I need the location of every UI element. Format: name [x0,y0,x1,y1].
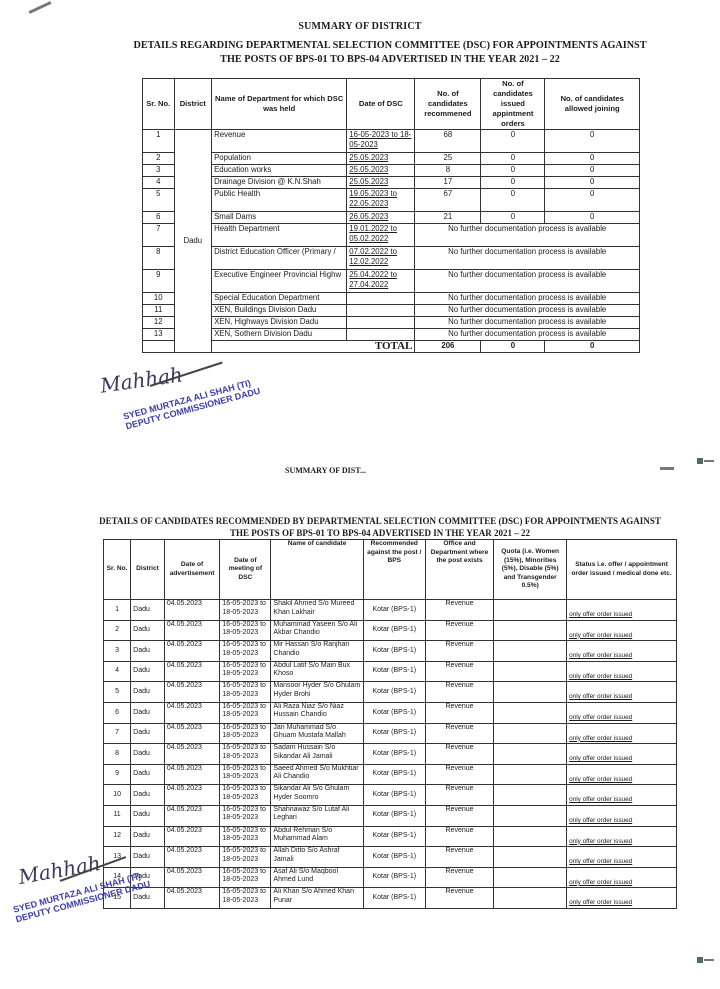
second-page-title: SUMMARY OF DIST... [285,466,366,475]
recommended-cell: 8 [415,165,481,177]
table-row: 15Dadu04.05.202316-05-2023 to 18-05-2023… [104,888,677,909]
quota-cell [494,723,567,744]
status-cell: only offer order issued [567,702,677,723]
office-cell: Revenue [425,723,493,744]
status-cell: only offer order issued [567,723,677,744]
advertisement-date-cell: 04.05.2023 [164,764,219,785]
table-row: 7Dadu04.05.202316-05-2023 to 18-05-2023J… [104,723,677,744]
candidate-name-cell: Mansoor Hyder S/o Ghulam Hyder Brohi [271,682,363,703]
table-row: 3Dadu04.05.202316-05-2023 to 18-05-2023M… [104,641,677,662]
department-cell: Executive Engineer Provincial Highw [212,270,347,293]
post-cell: Kotar (BPS-1) [363,764,425,785]
scan-mark [704,460,714,462]
status-cell: only offer order issued [567,661,677,682]
sr-no-cell: 4 [143,177,175,189]
sr-no-cell: 11 [104,805,131,826]
candidates-table: Sr. No. District Date of advertisement D… [103,539,677,909]
district-cell: Dadu [131,620,165,641]
scan-mark [28,1,51,14]
recommended-cell: 68 [415,130,481,153]
quota-cell [494,847,567,868]
dsc-date-cell: 16-05-2023 to 18-05-2023 [220,744,271,765]
total-row: TOTAL20600 [143,341,640,353]
dsc-date-cell: 16-05-2023 to 18-05-2023 [220,723,271,744]
table-row: 11XEN, Buildings Division DaduNo further… [143,305,640,317]
advertisement-date-cell: 04.05.2023 [164,600,219,621]
col-header: District [174,79,212,130]
department-cell: Small Dams [212,212,347,224]
joining-cell: 0 [545,212,640,224]
office-cell: Revenue [425,805,493,826]
status-cell: only offer order issued [567,785,677,806]
post-cell: Kotar (BPS-1) [363,888,425,909]
candidate-name-cell: Ali Khan S/o Ahmed Khan Punar [271,888,363,909]
summary-table: Sr. No. District Name of Department for … [142,78,640,353]
post-cell: Kotar (BPS-1) [363,641,425,662]
issued-cell: 0 [481,177,545,189]
sr-no-cell: 6 [143,212,175,224]
sr-no-cell: 3 [143,165,175,177]
district-cell: Dadu [131,764,165,785]
office-cell: Revenue [425,764,493,785]
dsc-date-cell: 16-05-2023 to 18-05-2023 [220,620,271,641]
page-title: SUMMARY OF DISTRICT [0,21,720,32]
date-cell: 19.01.2022 to 05.02.2022 [347,224,415,247]
office-cell: Revenue [425,661,493,682]
table-row: 5Dadu04.05.202316-05-2023 to 18-05-2023M… [104,682,677,703]
department-cell: Health Department [212,224,347,247]
quota-cell [494,600,567,621]
status-note-cell: No further documentation process is avai… [415,293,640,305]
post-cell: Kotar (BPS-1) [363,723,425,744]
stamp-icon [697,957,703,963]
status-note-cell: No further documentation process is avai… [415,317,640,329]
candidate-name-cell: Allah Ditto S/o Ashraf Jamali [271,847,363,868]
table-row: 9Executive Engineer Provincial Highw25.0… [143,270,640,293]
post-cell: Kotar (BPS-1) [363,661,425,682]
candidate-name-cell: Abdul Rehman S/o Muhammad Alam [271,826,363,847]
sr-no-cell: 8 [143,247,175,270]
sr-no-cell: 10 [104,785,131,806]
table-row: 4Drainage Division @ K.N.Shah25.05.20231… [143,177,640,189]
office-cell: Revenue [425,682,493,703]
dsc-date-cell: 16-05-2023 to 18-05-2023 [220,641,271,662]
district-cell: Dadu [131,847,165,868]
quota-cell [494,826,567,847]
table-row: 2Dadu04.05.202316-05-2023 to 18-05-2023M… [104,620,677,641]
advertisement-date-cell: 04.05.2023 [164,785,219,806]
sr-no-cell: 5 [143,189,175,212]
table-row: 6Dadu04.05.202316-05-2023 to 18-05-2023A… [104,702,677,723]
department-cell: Public Health [212,189,347,212]
advertisement-date-cell: 04.05.2023 [164,805,219,826]
scan-mark [704,959,714,961]
post-cell: Kotar (BPS-1) [363,744,425,765]
recommended-cell: 25 [415,153,481,165]
total-label: TOTAL [212,341,415,353]
department-cell: Population [212,153,347,165]
date-cell: 26.05.2023 [347,212,415,224]
issued-cell: 0 [481,130,545,153]
dsc-date-cell: 16-05-2023 to 18-05-2023 [220,888,271,909]
post-cell: Kotar (BPS-1) [363,600,425,621]
date-cell [347,293,415,305]
post-cell: Kotar (BPS-1) [363,785,425,806]
status-note-cell: No further documentation process is avai… [415,270,640,293]
date-cell [347,317,415,329]
candidate-name-cell: Asaf Ali S/o Maqbool Ahmed Lund [271,867,363,888]
department-cell: District Education Officer (Primary / [212,247,347,270]
sr-no-cell: 1 [143,130,175,153]
recommended-cell: 21 [415,212,481,224]
status-note-cell: No further documentation process is avai… [415,329,640,341]
advertisement-date-cell: 04.05.2023 [164,682,219,703]
candidate-name-cell: Sadam Hussain S/o Sikandar Ali Jamali [271,744,363,765]
table-row: 10Special Education DepartmentNo further… [143,293,640,305]
col-header: Quota (i.e. Women (15%), Minorities (5%)… [494,540,567,600]
joining-cell: 0 [545,165,640,177]
table-row: 2Population25.05.20232500 [143,153,640,165]
dsc-date-cell: 16-05-2023 to 18-05-2023 [220,847,271,868]
post-cell: Kotar (BPS-1) [363,805,425,826]
col-header: Date of advertisement [164,540,219,600]
quota-cell [494,764,567,785]
district-cell: Dadu [131,805,165,826]
office-cell: Revenue [425,620,493,641]
advertisement-date-cell: 04.05.2023 [164,723,219,744]
recommended-cell: 17 [415,177,481,189]
stamp-icon [697,458,703,464]
candidate-name-cell: Ali Raza Niaz S/o Niaz Hussain Chandio [271,702,363,723]
table-row: 9Dadu04.05.202316-05-2023 to 18-05-2023S… [104,764,677,785]
district-cell: Dadu [131,785,165,806]
date-cell: 25.05.2023 [347,177,415,189]
advertisement-date-cell: 04.05.2023 [164,888,219,909]
candidates-heading: DETAILS OF CANDIDATES RECOMMENDED BY DEP… [95,515,665,539]
quota-cell [494,744,567,765]
table-row: 4Dadu04.05.202316-05-2023 to 18-05-2023A… [104,661,677,682]
advertisement-date-cell: 04.05.2023 [164,702,219,723]
sr-no-cell: 7 [143,224,175,247]
col-header: Status i.e. offer / appointment order is… [567,540,677,600]
table-row: 14Dadu04.05.202316-05-2023 to 18-05-2023… [104,867,677,888]
table-row: 8District Education Officer (Primary /07… [143,247,640,270]
col-header: Office and Department where the post exi… [425,540,493,600]
sr-no-cell: 4 [104,661,131,682]
sr-no-cell: 12 [104,826,131,847]
office-cell: Revenue [425,888,493,909]
status-cell: only offer order issued [567,620,677,641]
joining-cell: 0 [545,130,640,153]
office-cell: Revenue [425,867,493,888]
quota-cell [494,661,567,682]
advertisement-date-cell: 04.05.2023 [164,661,219,682]
col-header: Name of candidate [271,540,363,600]
office-cell: Revenue [425,785,493,806]
office-cell: Revenue [425,641,493,662]
scan-mark [660,467,674,470]
table-row: 13XEN, Sothern Division DaduNo further d… [143,329,640,341]
post-cell: Kotar (BPS-1) [363,682,425,703]
col-header: Sr. No. [143,79,175,130]
department-cell: XEN, Sothern Division Dadu [212,329,347,341]
col-header: District [131,540,165,600]
table-row: 13Dadu04.05.202316-05-2023 to 18-05-2023… [104,847,677,868]
sr-no-cell: 1 [104,600,131,621]
dsc-date-cell: 16-05-2023 to 18-05-2023 [220,764,271,785]
dsc-date-cell: 16-05-2023 to 18-05-2023 [220,702,271,723]
candidate-name-cell: Jan Muhammad S/o Ghuam Mustafa Mallah [271,723,363,744]
quota-cell [494,682,567,703]
post-cell: Kotar (BPS-1) [363,847,425,868]
issued-cell: 0 [481,153,545,165]
status-cell: only offer order issued [567,600,677,621]
col-header: No. of candidates issued appintment orde… [481,79,545,130]
status-cell: only offer order issued [567,867,677,888]
sr-no-cell: 8 [104,744,131,765]
office-cell: Revenue [425,702,493,723]
status-cell: only offer order issued [567,744,677,765]
status-cell: only offer order issued [567,682,677,703]
status-cell: only offer order issued [567,641,677,662]
table-row: 6Small Dams26.05.20232100 [143,212,640,224]
post-cell: Kotar (BPS-1) [363,867,425,888]
status-cell: only offer order issued [567,888,677,909]
sr-no-cell: 2 [104,620,131,641]
sr-no-cell: 12 [143,317,175,329]
col-header: No. of candidates allowed joining [545,79,640,130]
table-row: 3Education works25.05.2023800 [143,165,640,177]
dsc-date-cell: 16-05-2023 to 18-05-2023 [220,600,271,621]
district-cell: Dadu [131,641,165,662]
sr-no-cell: 11 [143,305,175,317]
advertisement-date-cell: 04.05.2023 [164,867,219,888]
district-cell: Dadu [131,826,165,847]
table-row: 12XEN, Highways Division DaduNo further … [143,317,640,329]
district-cell: Dadu [131,702,165,723]
office-cell: Revenue [425,600,493,621]
department-cell: Special Education Department [212,293,347,305]
joining-cell: 0 [545,153,640,165]
table-row: 5Public Health19.05.2023 to 22.05.202367… [143,189,640,212]
quota-cell [494,785,567,806]
district-cell: Dadu [131,744,165,765]
col-header: Date of meeting of DSC [220,540,271,600]
table-row: 1Dadu04.05.202316-05-2023 to 18-05-2023S… [104,600,677,621]
department-cell: Revenue [212,130,347,153]
district-cell: Dadu [174,130,212,353]
status-cell: only offer order issued [567,826,677,847]
district-cell: Dadu [131,600,165,621]
date-cell: 25.05.2023 [347,153,415,165]
date-cell [347,305,415,317]
table-row: 8Dadu04.05.202316-05-2023 to 18-05-2023S… [104,744,677,765]
quota-cell [494,805,567,826]
issued-cell: 0 [481,212,545,224]
department-cell: Drainage Division @ K.N.Shah [212,177,347,189]
dsc-date-cell: 16-05-2023 to 18-05-2023 [220,805,271,826]
date-cell: 25.05.2023 [347,165,415,177]
signature-scribble: Mahhah [99,362,185,397]
post-cell: Kotar (BPS-1) [363,620,425,641]
dsc-date-cell: 16-05-2023 to 18-05-2023 [220,826,271,847]
col-header: No. of candidates recommened [415,79,481,130]
office-cell: Revenue [425,826,493,847]
quota-cell [494,888,567,909]
district-cell: Dadu [131,723,165,744]
total-joining: 0 [545,341,640,353]
col-header: Name of Department for which DSC was hel… [212,79,347,130]
candidate-name-cell: Abdul Latif S/o Main Bux Khoso [271,661,363,682]
department-cell: Education works [212,165,347,177]
candidate-name-cell: Saeed Ahmed S/o Mukhtiar Ali Chandio [271,764,363,785]
advertisement-date-cell: 04.05.2023 [164,847,219,868]
quota-cell [494,641,567,662]
table-row: 11Dadu04.05.202316-05-2023 to 18-05-2023… [104,805,677,826]
sr-no-cell: 5 [104,682,131,703]
col-header: Sr. No. [104,540,131,600]
sr-no-cell: 2 [143,153,175,165]
col-header: Date of DSC [347,79,415,130]
candidate-name-cell: Sikandar Ali S/o Ghulam Hyder Soomro [271,785,363,806]
col-header: Recommended against the post / BPS [363,540,425,600]
status-cell: only offer order issued [567,847,677,868]
dsc-date-cell: 16-05-2023 to 18-05-2023 [220,867,271,888]
empty-cell [143,341,175,353]
sr-no-cell: 10 [143,293,175,305]
sr-no-cell: 9 [143,270,175,293]
department-cell: XEN, Buildings Division Dadu [212,305,347,317]
office-cell: Revenue [425,847,493,868]
quota-cell [494,867,567,888]
candidate-name-cell: Muhammad Yaseen S/o Ali Akbar Chandio [271,620,363,641]
date-cell: 16-05-2023 to 18-05-2023 [347,130,415,153]
date-cell: 25.04.2022 to 27.04.2022 [347,270,415,293]
joining-cell: 0 [545,189,640,212]
sr-no-cell: 3 [104,641,131,662]
district-cell: Dadu [131,661,165,682]
status-cell: only offer order issued [567,764,677,785]
dsc-date-cell: 16-05-2023 to 18-05-2023 [220,682,271,703]
status-cell: only offer order issued [567,805,677,826]
sr-no-cell: 7 [104,723,131,744]
dsc-date-cell: 16-05-2023 to 18-05-2023 [220,785,271,806]
sr-no-cell: 6 [104,702,131,723]
status-note-cell: No further documentation process is avai… [415,224,640,247]
sr-no-cell: 13 [143,329,175,341]
joining-cell: 0 [545,177,640,189]
advertisement-date-cell: 04.05.2023 [164,641,219,662]
sr-no-cell: 9 [104,764,131,785]
recommended-cell: 67 [415,189,481,212]
advertisement-date-cell: 04.05.2023 [164,620,219,641]
candidate-name-cell: Mir Hassan S/o Ranjhan Chandio [271,641,363,662]
quota-cell [494,702,567,723]
advertisement-date-cell: 04.05.2023 [164,744,219,765]
candidate-name-cell: Shahnawaz S/o Lutaf Ali Leghari [271,805,363,826]
date-cell: 19.05.2023 to 22.05.2023 [347,189,415,212]
dsc-date-cell: 16-05-2023 to 18-05-2023 [220,661,271,682]
post-cell: Kotar (BPS-1) [363,826,425,847]
district-cell: Dadu [131,682,165,703]
date-cell [347,329,415,341]
quota-cell [494,620,567,641]
issued-cell: 0 [481,189,545,212]
department-cell: XEN, Highways Division Dadu [212,317,347,329]
advertisement-date-cell: 04.05.2023 [164,826,219,847]
table-row: 7Health Department19.01.2022 to 05.02.20… [143,224,640,247]
table-row: 1DaduRevenue16-05-2023 to 18-05-20236800 [143,130,640,153]
candidate-name-cell: Shakil Ahmed S/o Mureed Khan Lakhair [271,600,363,621]
status-note-cell: No further documentation process is avai… [415,247,640,270]
document-heading: DETAILS REGARDING DEPARTMENTAL SELECTION… [130,39,650,67]
office-cell: Revenue [425,744,493,765]
status-note-cell: No further documentation process is avai… [415,305,640,317]
total-recommended: 206 [415,341,481,353]
table-row: 10Dadu04.05.202316-05-2023 to 18-05-2023… [104,785,677,806]
table-row: 12Dadu04.05.202316-05-2023 to 18-05-2023… [104,826,677,847]
date-cell: 07.02.2022 to 12.02.2022 [347,247,415,270]
post-cell: Kotar (BPS-1) [363,702,425,723]
issued-cell: 0 [481,165,545,177]
total-issued: 0 [481,341,545,353]
